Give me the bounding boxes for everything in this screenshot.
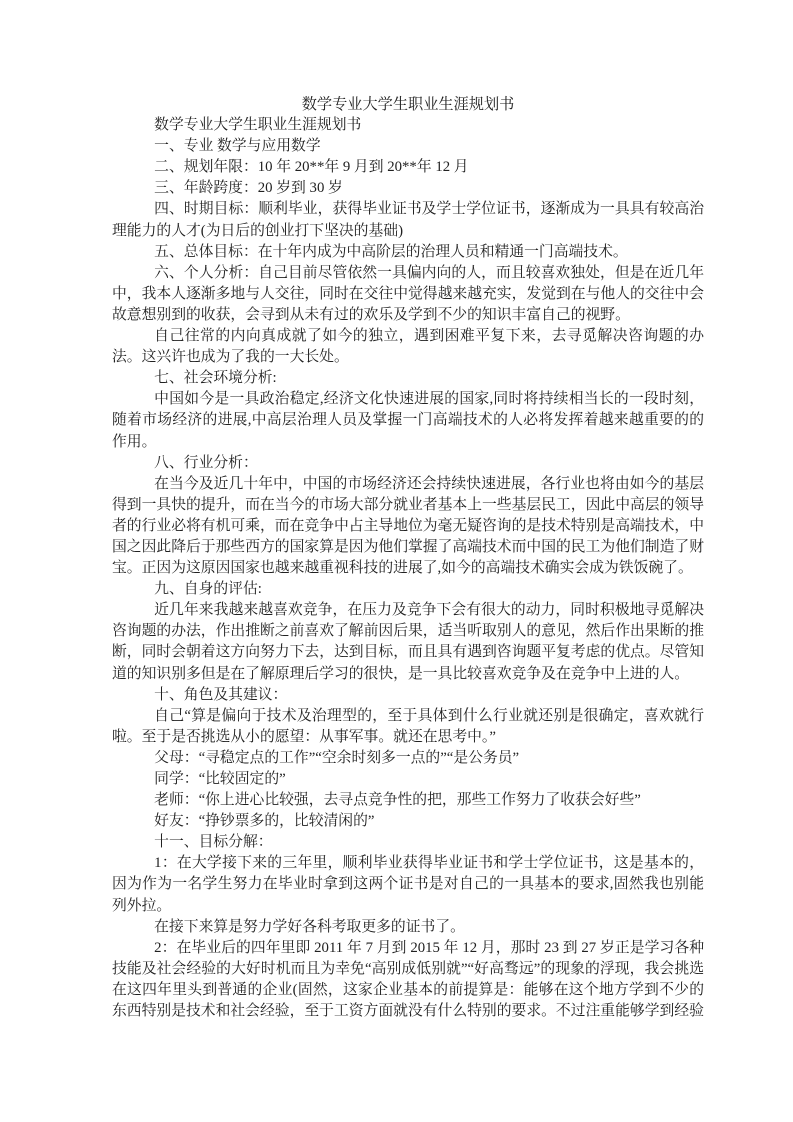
paragraph-section-overall-goal: 五、总体目标：在十年内成为中高阶层的治理人员和精通一门高端技术。 (112, 242, 704, 263)
paragraph-quote-friend: 好友：“挣钞票多的，比较清闲的” (112, 811, 704, 832)
paragraph: 中国如今是一具政治稳定,经济文化快速进展的国家,同时将持续相当长的一段时刻，随着… (112, 389, 704, 452)
paragraph: 近几年来我越来越喜欢竞争，在压力及竞争下会有很大的动力，同时积极地寻觅解决咨询题… (112, 600, 704, 684)
paragraph-section-industry-analysis: 八、行业分析： (112, 453, 704, 474)
paragraph-section-major: 一、专业 数学与应用数学 (112, 136, 704, 157)
paragraph-section-age-span: 三、年龄跨度：20 岁到 30 岁 (112, 178, 704, 199)
document-title: 数学专业大学生职业生涯规划书 (112, 94, 704, 115)
paragraph-section-self-evaluation: 九、自身的评估: (112, 579, 704, 600)
paragraph-section-personal-analysis: 六、个人分析：自己目前尽管依然一具偏内向的人，而且较喜欢独处，但是在近几年中，我… (112, 263, 704, 326)
document-content: 数学专业大学生职业生涯规划书 数学专业大学生职业生涯规划书 一、专业 数学与应用… (112, 94, 704, 1022)
paragraph-section-roles-advice: 十、角色及其建议： (112, 685, 704, 706)
paragraph-quote-parents: 父母：“寻稳定点的工作”“空余时刻多一点的”“是公务员” (112, 748, 704, 769)
paragraph-goal-2: 2：在毕业后的四年里即 2011 年 7 月到 2015 年 12 月，那时 2… (112, 938, 704, 1022)
paragraph-section-goal-breakdown: 十一、目标分解： (112, 832, 704, 853)
paragraph: 在接下来算是努力学好各科考取更多的证书了。 (112, 917, 704, 938)
paragraph: 自己“算是偏向于技术及治理型的，至于具体到什么行业就还别是很确定，喜欢就行啦。至… (112, 706, 704, 748)
paragraph: 在当今及近几十年中，中国的市场经济还会持续快速进展，各行业也将由如今的基层得到一… (112, 474, 704, 579)
document-page: 数学专业大学生职业生涯规划书 数学专业大学生职业生涯规划书 一、专业 数学与应用… (0, 0, 793, 1122)
paragraph-section-period-goal: 四、时期目标：顺利毕业，获得毕业证书及学士学位证书，逐渐成为一具具有较高治理能力… (112, 199, 704, 241)
paragraph: 数学专业大学生职业生涯规划书 (112, 115, 704, 136)
paragraph-quote-classmates: 同学：“比较固定的” (112, 769, 704, 790)
paragraph-quote-teacher: 老师：“你上进心比较强，去寻点竞争性的把，那些工作努力了收获会好些” (112, 790, 704, 811)
paragraph-section-social-env: 七、社会环境分析: (112, 368, 704, 389)
paragraph-section-plan-years: 二、规划年限：10 年 20**年 9 月到 20**年 12 月 (112, 157, 704, 178)
paragraph-goal-1: 1：在大学接下来的三年里，顺利毕业获得毕业证书和学士学位证书，这是基本的，因为作… (112, 853, 704, 916)
paragraph: 自己往常的内向真成就了如今的独立，遇到困难平复下来，去寻觅解决咨询题的办法。这兴… (112, 326, 704, 368)
